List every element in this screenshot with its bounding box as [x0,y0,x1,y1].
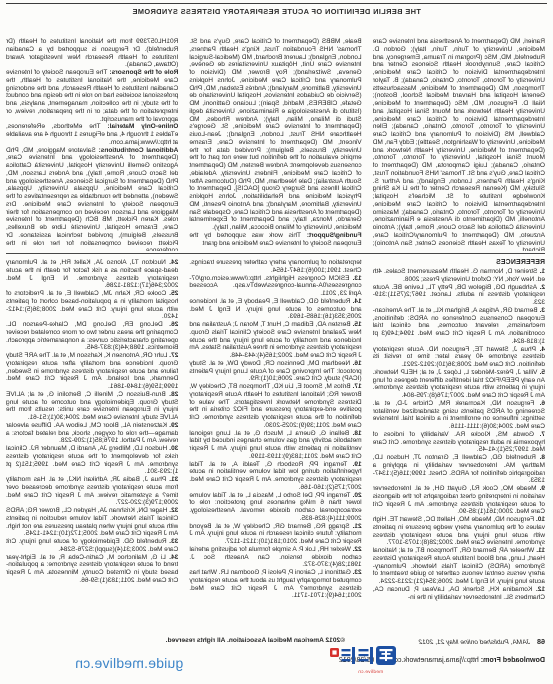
medlive-logo-caption: medlive.cn [358,669,383,674]
references-heading: REFERENCES [373,259,545,266]
scanned-page: THE BERLIN DEFINITION OF ACUTE RESPIRATO… [0,0,553,684]
reference-item: 32. Hager DN, Krishnan JA, Hayden CL, Br… [6,507,178,538]
front-matter-paragraph: Funding/Support: This work was supported… [189,232,361,248]
reference-item: 15. Bersten AD, Edibam C, Hunt T, Moran … [189,321,361,360]
section-divider-rule [6,253,545,254]
front-matter-paragraph: Ranieri, MD (Department of Anesthesia an… [373,38,545,251]
reference-item: 27. Luhr OR, Antonsen K, Karlsson M, et … [6,352,178,391]
reference-item: 21. Spragg RG, Bernard GR, Checkley W, e… [189,523,361,546]
running-head: THE BERLIN DEFINITION OF ACUTE RESPIRATO… [0,7,553,16]
reference-item: 11. Wheeler AP, Bernard GR, Thompson BT,… [373,547,545,586]
mirrored-page-content: THE BERLIN DEFINITION OF ACUTE RESPIRATO… [0,0,553,684]
reference-item: 10. Ferguson ND, Meade MO, Hallett DC, S… [373,516,545,547]
reference-item: 30. Hudson LD, Milberg JA, Anardi D, Mau… [6,445,178,476]
front-matter-paragraph: Online-Only Material: The eMethods, eRef… [6,123,178,146]
page-number: 68 [537,637,545,646]
reference-item: 13. ESICM Congress Highlights. http://ww… [189,275,361,298]
reference-item: 9. Meade MO, Cook RJ, Guyatt GH, et al. … [373,485,545,516]
front-matter-column-3: R01HL057399 from the National Institutes… [6,38,178,251]
reference-item: 20. Terragni PP, Del Sorbo L, Mascia L, … [189,492,361,523]
reference-item: 16. Needham DM, Dennison CR, Dowdy DW, e… [189,360,361,383]
reference-item: 2. Ashbaugh DG, Bigelow DB, Petty TL, Le… [373,284,545,307]
journal-footer-line: JAMA, Published online May 21, 2012 [419,639,530,646]
front-matter-column-1: Ranieri, MD (Department of Anesthesia an… [373,38,545,251]
reference-item: 28. Brun-Buisson C, Minelli C, Bertolini… [6,391,178,422]
reference-item: 6. Ferguson ND, Kacmarek RM, Chiche J-D,… [373,400,545,431]
guide-medlive-watermark: guide.medlive.cn [75,655,183,671]
reference-item: 31. Phua J, Badia JR, Adhikari NKJ, et a… [6,476,178,507]
front-matter-paragraph: R01HL057399 from the National Institutes… [6,38,178,69]
reference-item: terpretation of pulmonary artery cathete… [189,259,361,275]
reference-item: 1. Streiner D, Norman G. Health Measurem… [373,268,545,284]
references-column-3: 24. Nuckton TJ, Alonso JA, Kallet RH, et… [6,259,178,627]
reference-item: 4. Phua J, Stewart TE, Ferguson ND. Acut… [373,346,545,369]
reference-item: 22. Wexler HR, Lok P. A simple formula f… [189,546,361,569]
front-matter-paragraph: Role of the Sponsors: The European Socie… [6,69,178,123]
references-block: REFERENCES 1. Streiner D, Norman G. Heal… [6,259,545,627]
top-rule [6,3,547,4]
reference-item: 14. Rubenfeld GD, Caldwell E, Peabody E,… [189,298,361,321]
downloaded-from-label: Downloaded From: [481,656,545,664]
front-matter-block: Ranieri, MD (Department of Anesthesia an… [6,38,545,251]
references-column-2: terpretation of pulmonary artery cathete… [189,259,361,627]
reference-item: 17. Britos M, Smoot E, Liu KD, Thompson … [189,383,361,430]
front-matter-column-2: Beale, MBBS (Department of Critical Care… [189,38,361,251]
reference-item: 8. Rubenfeld GD, Caldwell E, Granton JT,… [373,454,545,485]
reference-item: 3. Bernard GR, Artigas A, Brigham KL, et… [373,307,545,346]
reference-item: 12. Komadina KH, Schenk DA, LaVeau P, Du… [373,586,545,602]
reference-item: 25. Cooke CR, Kahn JM, Caldwell E, et al… [6,290,178,321]
front-matter-paragraph: Beale, MBBS (Department of Critical Care… [189,38,361,232]
reference-item: 19. Terragni PP, Rosboch G, Tealdi A, et… [189,461,361,492]
reference-item: 7. Gowda MS, Klocke RA. Variability of i… [373,431,545,454]
reference-item: 34. Li G, Malinchoc M, Cartin-Ceba R, et… [6,554,178,585]
reference-item: 18. Bellani G, Guerra L, Musch G, et al.… [189,430,361,461]
reference-item: 23. Gattinoni L, Caironi P, Pelosi P, Go… [189,569,361,600]
references-column-1: REFERENCES 1. Streiner D, Norman G. Heal… [373,259,545,627]
reference-item: 33. Rubenfeld GD. Epidemiology of acute … [6,538,178,554]
reference-item: 29. Katzenstein AL, Bloor CM, Leibow AA.… [6,422,178,445]
front-matter-paragraph: Additional Contributions: Salvatore Magg… [6,147,178,252]
reference-item: 24. Nuckton TJ, Alonso JA, Kallet RH, et… [6,259,178,290]
reference-item: 5. Villar J, Pérez-Méndez L, López J, et… [373,369,545,400]
copyright-notice: ©2012 American Medical Association. All … [166,637,345,644]
reference-item: 26. DeLong ER, DeLong DM, Clarke-Pearson… [6,321,178,352]
page-footer: 68JAMA, Published online May 21, 2012 ©2… [6,637,545,649]
